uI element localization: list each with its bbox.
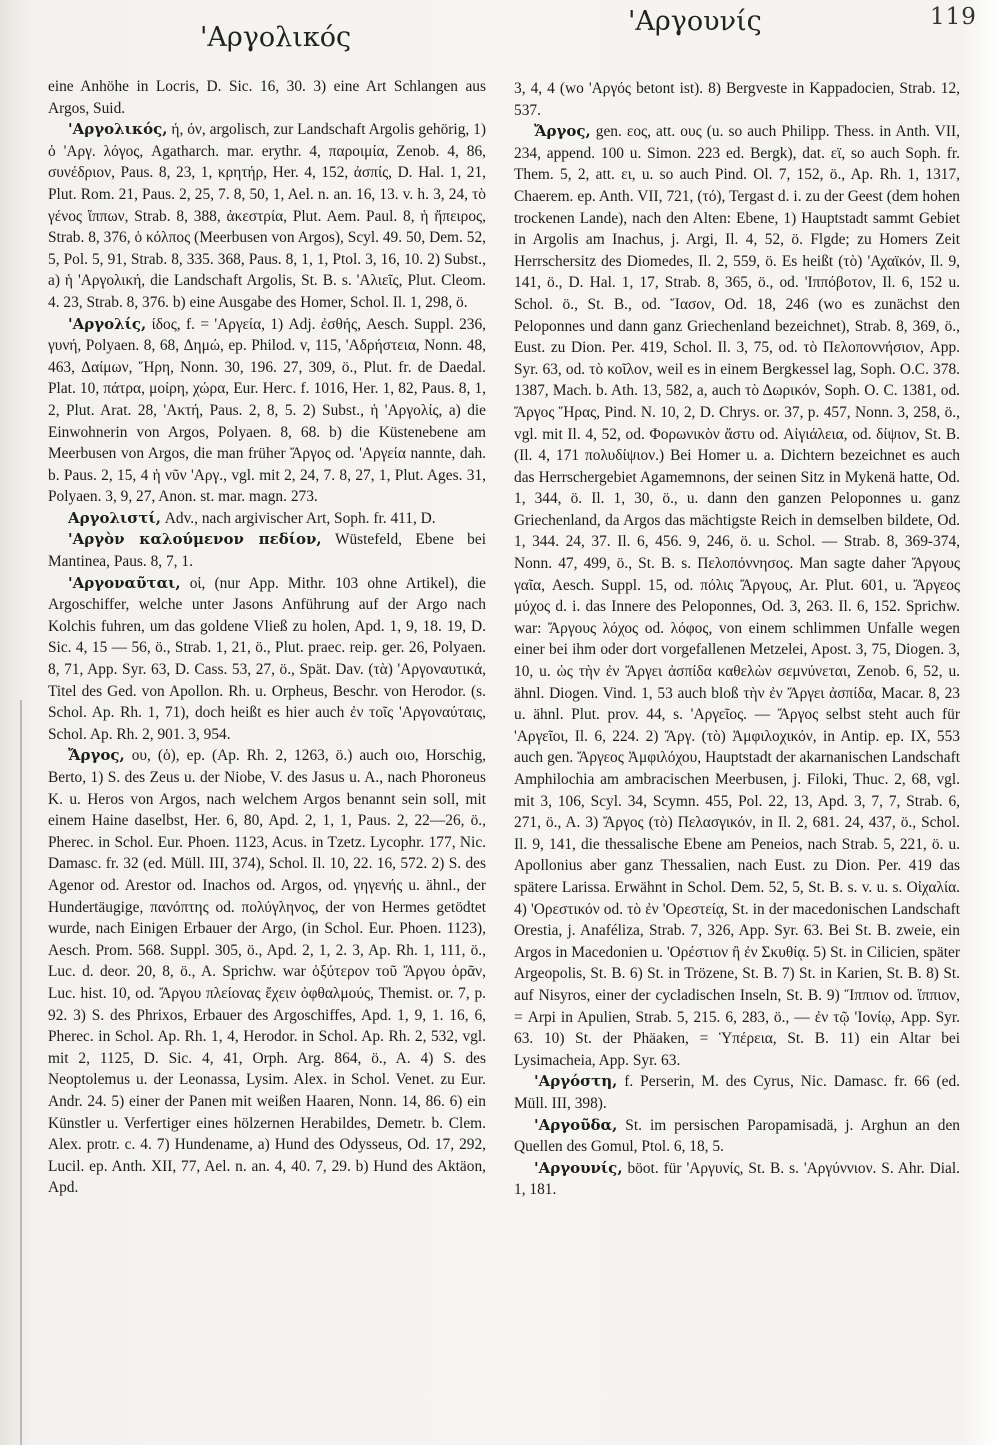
entry-continuation: eine Anhöhe in Locris, D. Sic. 16, 30. 3… — [48, 76, 486, 119]
entry-text: οἱ, (nur App. Mithr. 103 ohne Artikel), … — [48, 575, 486, 743]
entry-lemma: 'Αργολικός, — [68, 120, 168, 138]
entry-text: ίδος, f. = 'Αργεία, 1) Adj. ἐσθής, Aesch… — [48, 316, 486, 506]
binding-shadow — [20, 700, 22, 1445]
right-column: 3, 4, 4 (wo 'Αργός betont ist). 8) Bergv… — [514, 78, 960, 1201]
left-catchword: 'Αργολικός — [200, 22, 351, 82]
entry-argos-masc: Ἄργος, ου, (ὁ), ep. (Ap. Rh. 2, 1263, ö.… — [48, 745, 486, 1198]
left-column: eine Anhöhe in Locris, D. Sic. 16, 30. 3… — [48, 76, 486, 1199]
entry-argoste: 'Αργόστη, f. Perserin, M. des Cyrus, Nic… — [514, 1071, 960, 1114]
entry-argon-pedion: 'Αργὸν καλούμενον πεδίον, Wüstefeld, Ebe… — [48, 529, 486, 572]
entry-text: gen. εος, att. ους (u. so auch Philipp. … — [514, 123, 960, 1069]
entry-argounis: 'Αργουνίς, böot. für 'Αργυνίς, St. B. s.… — [514, 1158, 960, 1201]
entry-lemma: 'Αργὸν καλούμενον πεδίον, — [68, 530, 322, 548]
entry-text: ή, όν, argolisch, zur Landschaft Argolis… — [48, 121, 486, 311]
entry-argouda: 'Αργοῦδα, St. im persischen Paropamisadä… — [514, 1115, 960, 1158]
entry-argolis: 'Αργολίς, ίδος, f. = 'Αργεία, 1) Adj. ἐσ… — [48, 314, 486, 508]
entry-lemma: Αργολιστί, — [68, 509, 161, 527]
entry-lemma: 'Αργόστη, — [534, 1072, 617, 1090]
entry-argolikos: 'Αργολικός, ή, όν, argolisch, zur Landsc… — [48, 119, 486, 313]
entry-lemma: 'Αργοναῦται, — [68, 574, 181, 592]
entry-lemma: 'Αργοῦδα, — [534, 1116, 617, 1134]
entry-text: ου, (ὁ), ep. (Ap. Rh. 2, 1263, ö.) auch … — [48, 747, 486, 1196]
entry-argos-neut: Ἄργος, gen. εος, att. ους (u. so auch Ph… — [514, 121, 960, 1071]
entry-text: Adv., nach argivischer Art, Soph. fr. 41… — [161, 510, 436, 527]
entry-argonautai: 'Αργοναῦται, οἱ, (nur App. Mithr. 103 oh… — [48, 573, 486, 746]
entry-lemma: Ἄργος, — [68, 746, 125, 764]
entry-argolisti: Αργολιστί, Adv., nach argivischer Art, S… — [48, 508, 486, 530]
entry-lemma: 'Αργολίς, — [68, 315, 146, 333]
entry-lemma: Ἄργος, — [534, 122, 591, 140]
page-number: 119 — [930, 4, 977, 30]
right-catchword: 'Αργουνίς — [628, 6, 762, 66]
dictionary-page: 'Αργολικός 'Αργουνίς 119 eine Anhöhe in … — [0, 0, 1000, 1445]
entry-lemma: 'Αργουνίς, — [534, 1159, 623, 1177]
entry-continuation: 3, 4, 4 (wo 'Αργός betont ist). 8) Bergv… — [514, 78, 960, 121]
